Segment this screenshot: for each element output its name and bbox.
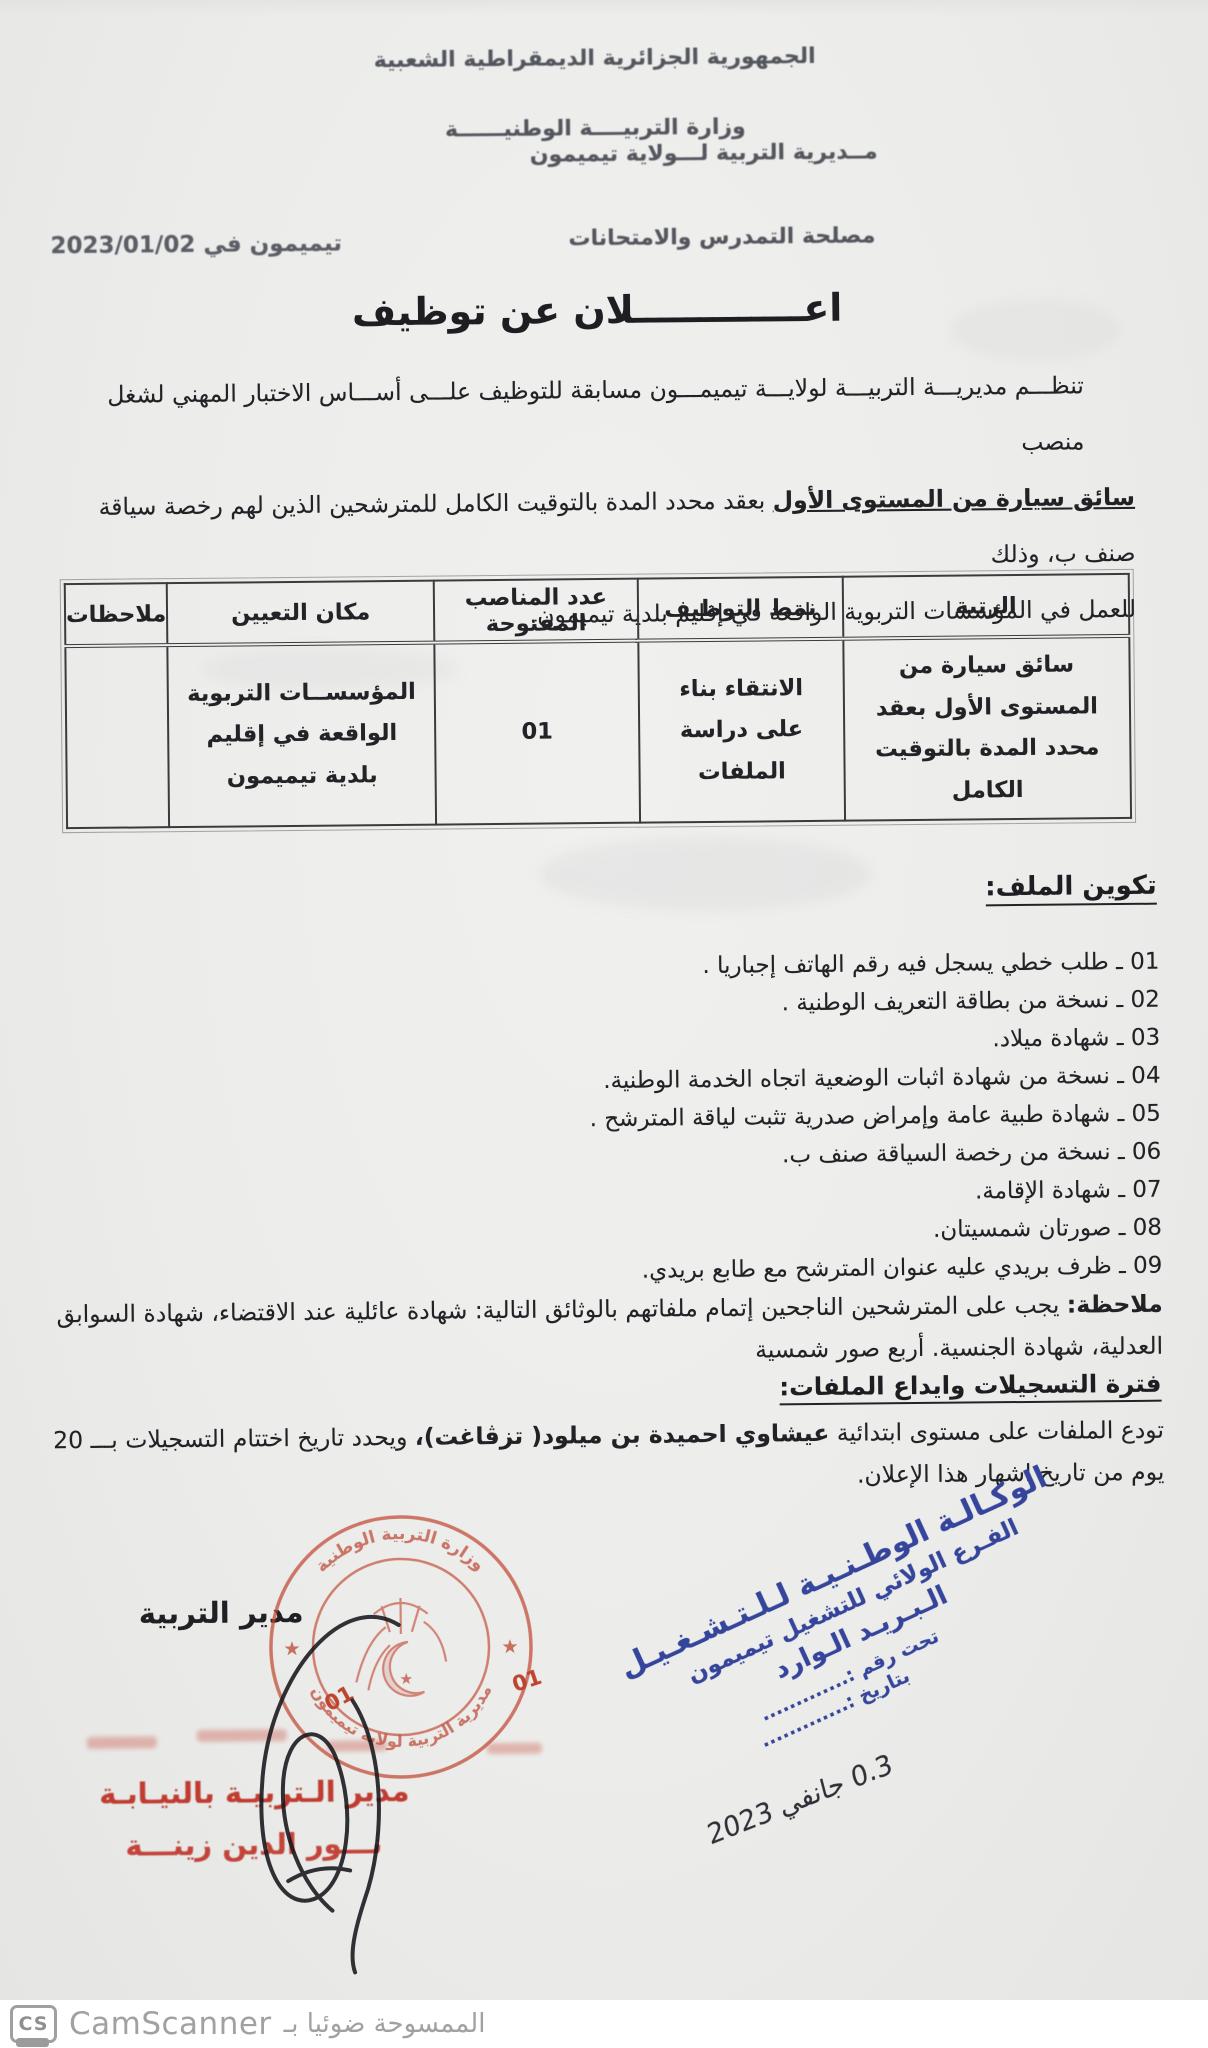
cell-rank: سائق سيارة من المستوى الأول بعقد محدد ال… [843, 636, 1131, 820]
camscanner-logo-icon: CS [10, 2005, 57, 2043]
intro-line-2: سائق سيارة من المستوى الأول بعقد محدد ال… [65, 469, 1136, 591]
job-title-underlined: سائق سيارة من المستوى الأول [773, 483, 1136, 514]
camscanner-footer: CS CamScanner الممسوحة ضوئيا بـ [0, 2000, 1208, 2048]
recruitment-table: الرتبة نمط التوظيف عدد المناصب المفتوحة … [64, 573, 1132, 829]
handwritten-signature [233, 1580, 447, 1982]
cs-logo-base [16, 2038, 49, 2047]
cell-count: 01 [434, 641, 640, 824]
period-text-before: تودع الملفات على مستوى ابتدائية [829, 1416, 1164, 1447]
date-line: تيميمون في 2023/01/02 [50, 230, 342, 259]
note-paragraph: ملاحظة: يجب على المترشحين الناجحين إتمام… [31, 1283, 1164, 1378]
cs-logo-text: CS [19, 2013, 49, 2035]
col-notes: ملاحظات [65, 583, 168, 646]
scanned-document-page: الجمهورية الجزائرية الديمقراطية الشعبية … [0, 0, 1208, 2048]
faint-stamp-marks [487, 1743, 542, 1755]
school-name: عيشاوي احميدة بن ميلود( تزڨاغت)، [415, 1419, 830, 1451]
file-section-heading: تكوين الملف: [985, 871, 1157, 907]
cell-notes [65, 645, 169, 827]
table-header-row: الرتبة نمط التوظيف عدد المناصب المفتوحة … [65, 574, 1130, 646]
directorate-line: مــديرية التربية لـــولاية تيميمون [530, 139, 878, 167]
scanned-by-text: الممسوحة ضوئيا بـ [284, 2009, 486, 2039]
star-icon: ★ [501, 1636, 518, 1658]
col-mode: نمط التوظيف [638, 577, 844, 641]
cell-mode: الانتقاء بناء على دراسة الملفات [638, 639, 845, 822]
service-line: مصلحة التمدرس والامتحانات [568, 223, 875, 251]
col-count: عدد المناصب المفتوحة [434, 579, 638, 643]
note-label: ملاحظة: [1067, 1290, 1163, 1319]
faint-stamp-marks [87, 1736, 157, 1749]
announcement-title: اعـــــــــــــلان عن توظيف [0, 282, 1201, 338]
employment-agency-stamp: الوكـالـة الوطـنـيـة لـلـتـشـغـيـل الفـر… [599, 1453, 1117, 1800]
republic-header: الجمهورية الجزائرية الديمقراطية الشعبية [0, 40, 1199, 77]
camscanner-brand: CamScanner [69, 2006, 272, 2042]
required-documents-list: 01 ـ طلب خطي يسجل فيه رقم الهاتف إجباريا… [39, 943, 1162, 1296]
col-rank: الرتبة [843, 574, 1130, 639]
period-section-heading: فترة التسجيلات وايداع الملفات: [779, 1369, 1161, 1406]
col-place: مكان التعيين [167, 581, 434, 646]
cell-place: المؤسســات التربوية الواقعة في إقليم بلد… [168, 643, 437, 827]
intro-line-1: تنظـــم مديريـــة التربيـــة لولايـــة ت… [64, 357, 1135, 479]
note-text: يجب على المترشحين الناجحين إتمام ملفاتهم… [56, 1291, 1163, 1364]
table-row: سائق سيارة من المستوى الأول بعقد محدد ال… [65, 636, 1131, 828]
